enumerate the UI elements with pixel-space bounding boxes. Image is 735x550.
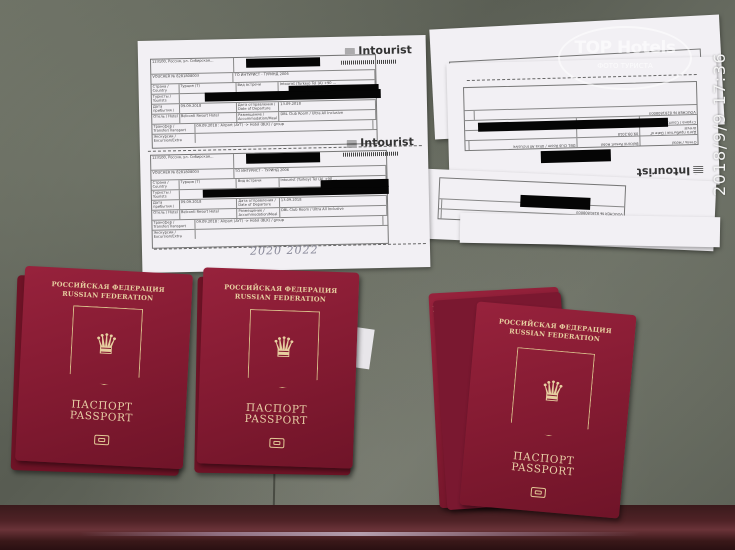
double-headed-eagle-icon: ♛ [539,377,566,407]
biometric-chip-icon [94,435,110,446]
voucher-field: Размещение / Accommodation/Meal [237,112,280,122]
voucher-sheet: Intourist 123100, Россия, ул. Сибирская.… [138,35,431,273]
photo-timestamp: 2018/9/9 17:36 [710,26,732,196]
voucher-field: Экскурсии / Excursion/Extra Services [153,230,196,240]
voucher-table: 123100, Россия, ул. Сибирская... VOUCHER… [150,54,378,149]
voucher-field: Трансфер / Transfer/Transport [152,124,195,134]
watermark-subtitle: ФОТО ТУРИСТА [560,62,690,70]
voucher-field: Страна / Country [152,84,180,94]
passport-1: РОССИЙСКАЯ ФЕДЕРАЦИЯ RUSSIAN FEDERATION … [15,266,193,470]
crest-frame: ♛ [510,347,595,439]
intourist-logo: Intourist [637,164,704,179]
intourist-logo-icon [347,139,357,147]
voucher-field: Туристы / Tourists [152,94,180,104]
intourist-logo: Intourist [347,135,414,149]
voucher-field: Экскурсии / Excursion/Extra Services [153,134,196,144]
biometric-chip-icon [530,487,546,498]
voucher-field: Трансфер / Transfer/Transport [152,220,195,230]
voucher-field: Дата отправления / Date of Departure [237,102,280,112]
voucher-number: VOUCHER № 8281808003 [151,73,233,84]
voucher-table: 123100, Россия, ул. Сибирская... VOUCHER… [150,150,389,249]
crest-frame: ♛ [247,309,320,389]
passport-4: РОССИЙСКАЯ ФЕДЕРАЦИЯ RUSSIAN FEDERATION … [459,301,636,518]
voucher-field: Дата отправления / Date of Departure [237,198,280,208]
voucher-field: Отель / Hotel [639,135,697,146]
table-edge [0,505,735,550]
handwritten-note: 2020 2022 [250,243,319,257]
tophotels-watermark: TOP Hotels ФОТО ТУРИСТА [558,26,692,90]
voucher-field: Отель / Hotel [152,210,180,220]
voucher-field: Отель / Hotel [152,114,180,124]
voucher-number: VOUCHER № 8281808003 [151,169,234,180]
voucher-field: 09.09.2018 [180,103,237,113]
intourist-logo-icon [693,166,703,174]
redaction-bar [541,149,611,163]
voucher-field: Дата прибытия / Date of Arrival [152,200,180,210]
voucher-field: Belconti Resort Hotel [180,113,237,123]
biometric-chip-icon [269,438,284,449]
voucher-field: 09.09.2018 [180,199,238,209]
passport-2: РОССИЙСКАЯ ФЕДЕРАЦИЯ RUSSIAN FEDERATION … [197,267,360,468]
voucher-field: Страна / Country [152,180,180,190]
table-edge-highlight [80,532,640,536]
double-headed-eagle-icon: ♛ [93,330,120,359]
voucher-field: Дата прибытия / Date of Arrival [152,104,180,114]
voucher-field: Вид встречи [237,178,280,188]
redaction-bar [321,179,389,188]
voucher-right-4 [460,213,720,248]
voucher-field: Турция (Т) [179,179,237,189]
crest-frame: ♛ [69,305,143,387]
voucher-field: Belconti Resort Hotel [576,137,639,148]
watermark-brand: TOP Hotels [560,38,690,58]
voucher-field: Belconti Resort Hotel [180,209,238,219]
voucher-field: Туристы / Tourists [152,190,180,200]
double-headed-eagle-icon: ♛ [271,333,297,362]
redaction-bar [246,152,320,164]
voucher-field: DBL Club Room / Ultra All Inclusive [468,138,576,150]
voucher-field: Размещение / Accommodation/Meal [237,208,280,218]
redaction-bar [246,57,320,68]
